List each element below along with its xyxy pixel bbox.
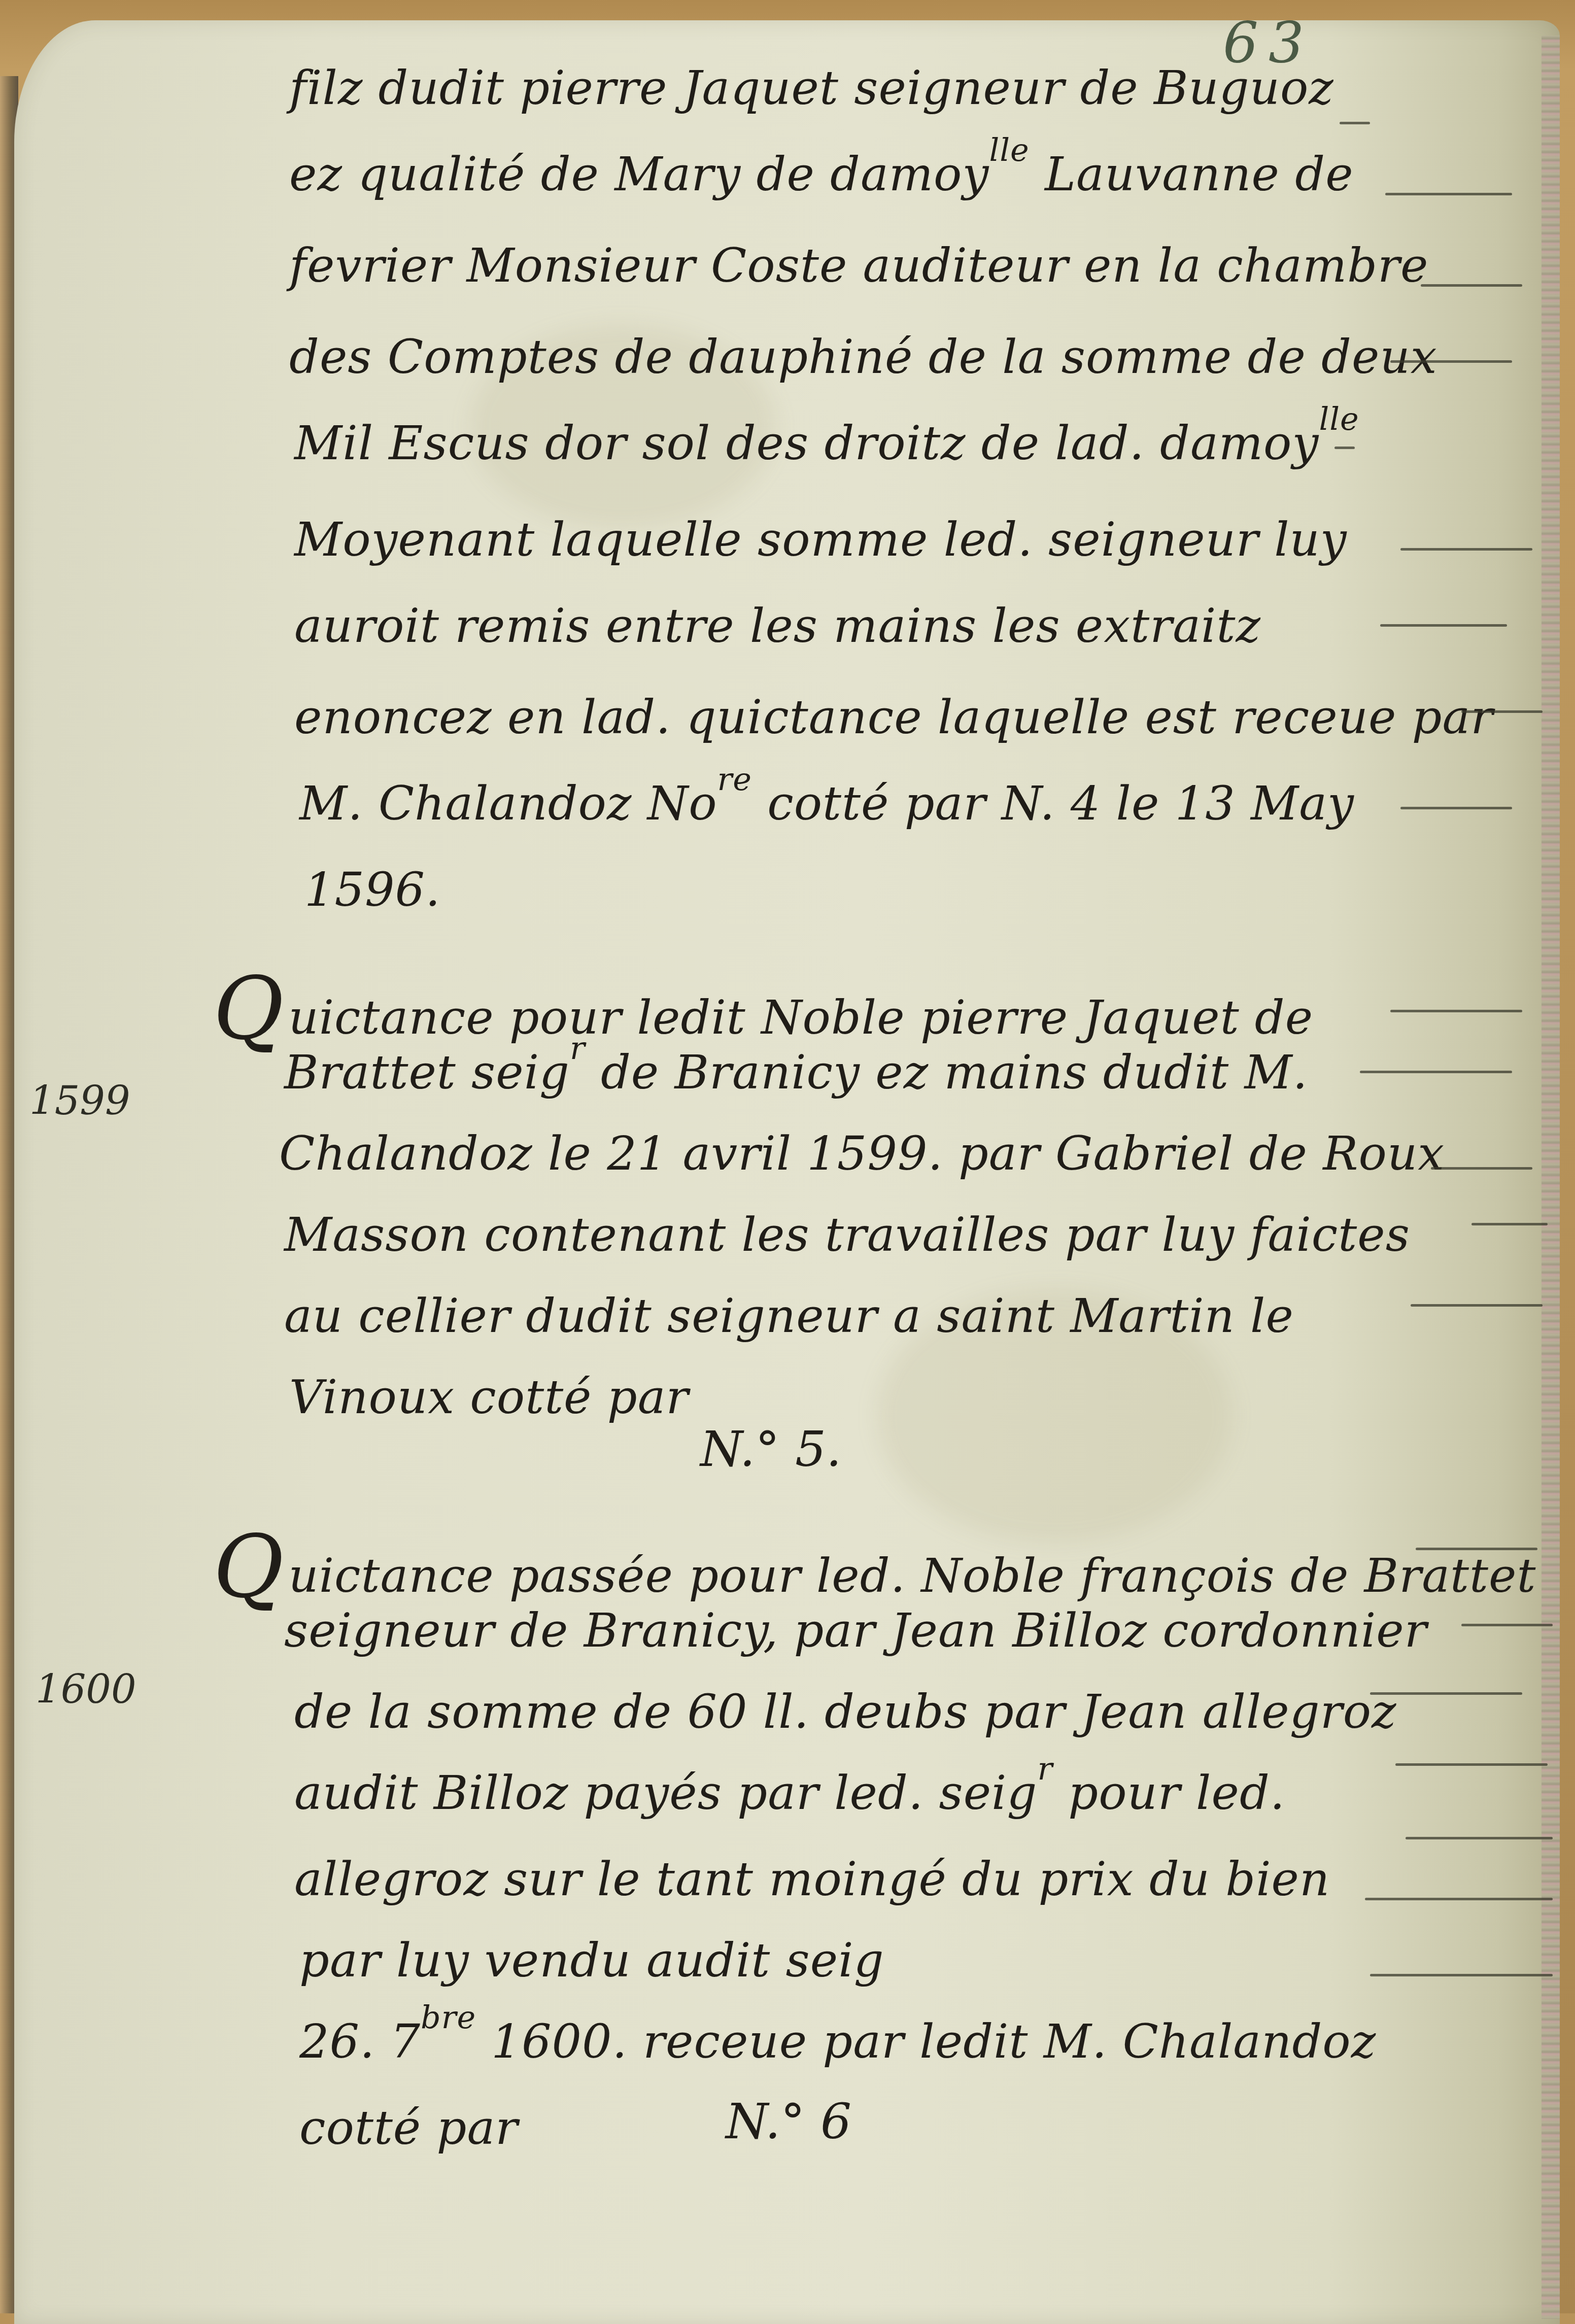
text-line: audit Billoz payés par led. seigr pour l…	[294, 1766, 1285, 1820]
line-filler	[1385, 193, 1512, 195]
line-filler	[1390, 360, 1512, 363]
margin-date-1600: 1600	[36, 1667, 136, 1713]
text-line: auroit remis entre les mains les extrait…	[294, 599, 1261, 653]
text-line: filz dudit pierre Jaquet seigneur de Bug…	[289, 61, 1334, 115]
text-line: Moyenant laquelle somme led. seigneur lu…	[294, 512, 1347, 567]
reference-number: N.° 5.	[700, 1421, 841, 1478]
text-line: Quictance pour ledit Noble pierre Jaquet…	[213, 954, 1313, 1054]
line-filler	[1461, 1624, 1553, 1626]
text-line: cotté par	[299, 2101, 518, 2155]
line-filler	[1370, 1974, 1553, 1976]
line-filler	[1365, 1898, 1553, 1900]
line-filler	[1340, 122, 1370, 124]
line-filler	[1360, 1071, 1512, 1073]
line-filler	[1471, 1223, 1548, 1225]
text-line: ez qualité de Mary de damoylle Lauvanne …	[289, 147, 1354, 201]
line-filler	[1380, 624, 1507, 627]
text-line: au cellier dudit seigneur a saint Martin…	[284, 1289, 1294, 1343]
line-filler	[1334, 447, 1355, 449]
text-line: Vinoux cotté par	[289, 1370, 689, 1424]
text-line: Masson contenant les travailles par luy …	[284, 1208, 1410, 1262]
text-line: de la somme de 60 ll. deubs par Jean all…	[294, 1685, 1397, 1739]
text-line: par luy vendu audit seig	[299, 1933, 884, 1988]
line-filler	[1416, 1548, 1537, 1550]
margin-date-1599: 1599	[29, 1078, 130, 1124]
text-line: Quictance passée pour led. Noble françoi…	[213, 1512, 1536, 1613]
line-filler	[1406, 1837, 1553, 1839]
text-line: allegroz sur le tant moingé du prix du b…	[294, 1852, 1330, 1906]
reference-number: N.° 6	[726, 2093, 851, 2150]
line-filler	[1421, 284, 1522, 287]
text-line: Chalandoz le 21 avril 1599. par Gabriel …	[279, 1126, 1445, 1181]
text-line: enoncez en lad. quictance laquelle est r…	[294, 690, 1493, 744]
text-line: des Comptes de dauphiné de la somme de d…	[289, 330, 1437, 384]
line-filler	[1400, 548, 1532, 551]
line-filler	[1370, 1692, 1522, 1695]
text-line: M. Chalandoz Nore cotté par N. 4 le 13 M…	[299, 776, 1354, 831]
text-line: 1596.	[304, 863, 440, 917]
text-line: seigneur de Branicy, par Jean Billoz cor…	[284, 1603, 1427, 1658]
line-filler	[1395, 1763, 1548, 1766]
text-line: Mil Escus dor sol des droitz de lad. dam…	[294, 416, 1359, 470]
line-filler	[1390, 1010, 1522, 1012]
line-filler	[1411, 1304, 1543, 1307]
line-filler	[1431, 1167, 1532, 1170]
line-filler	[1400, 807, 1512, 809]
text-line: Brattet seigr de Branicy ez mains dudit …	[284, 1045, 1308, 1100]
text-line: fevrier Monsieur Coste auditeur en la ch…	[289, 238, 1429, 293]
page-fore-edge	[1542, 36, 1560, 2313]
line-filler	[1461, 710, 1543, 713]
text-line: 26. 7bre 1600. receue par ledit M. Chala…	[299, 2014, 1376, 2069]
